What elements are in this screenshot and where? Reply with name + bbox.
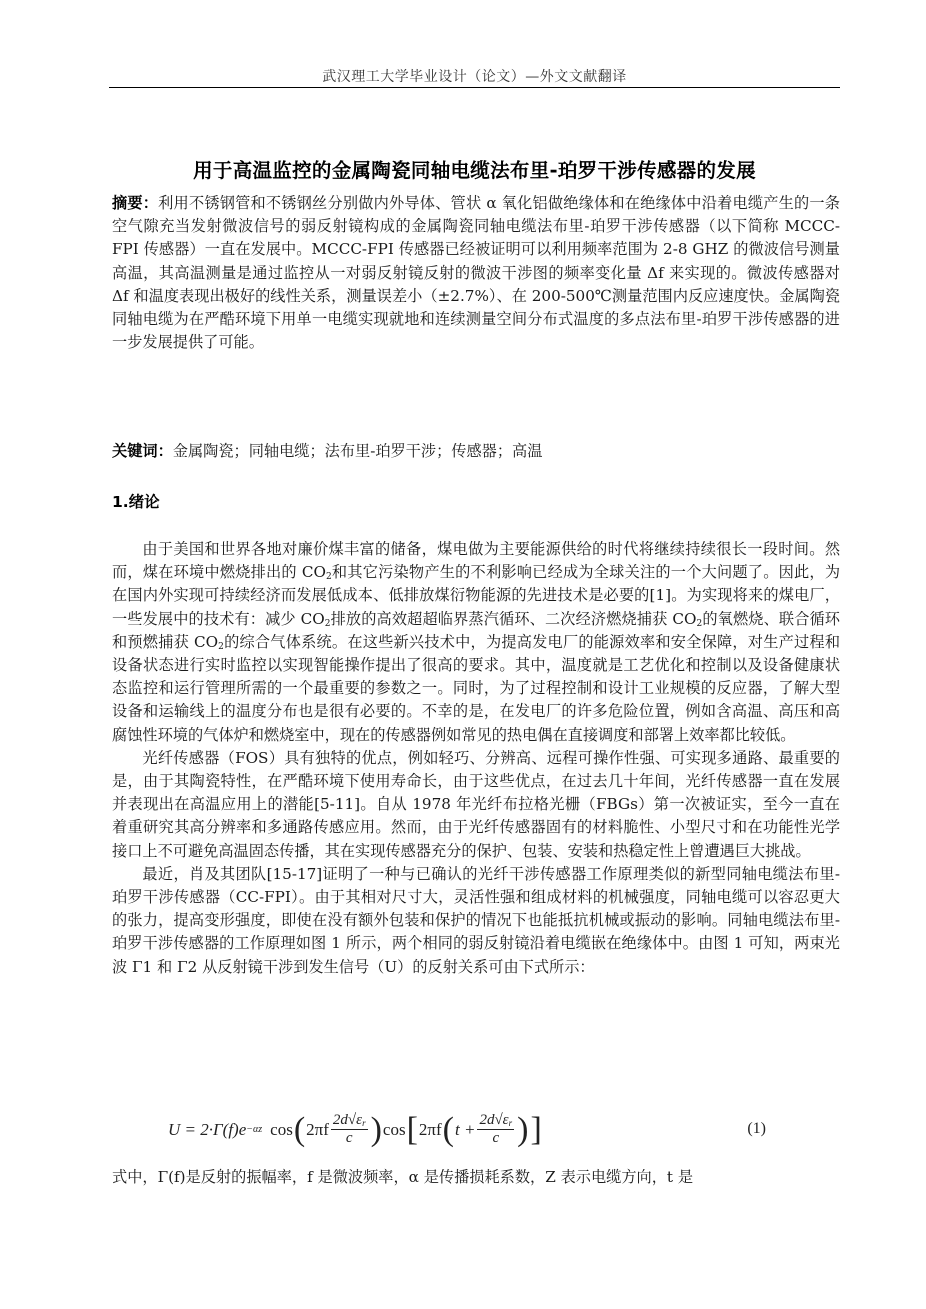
paragraph-3: 最近，肖及其团队[15-17]证明了一种与已确认的光纤干涉传感器工作原理类似的新… (112, 863, 840, 979)
running-header: 武汉理工大学毕业设计（论文）—外文文献翻译 (109, 66, 840, 86)
equation-number: (1) (747, 1120, 766, 1138)
document-title: 用于高温监控的金属陶瓷同轴电缆法布里-珀罗干涉传感器的发展 (109, 155, 840, 183)
header-rule (109, 87, 840, 88)
abstract-text: 利用不锈钢管和不锈钢丝分别做内外导体、管状 α 氧化铝做绝缘体和在绝缘体中沿着电… (112, 194, 840, 351)
paragraph-1: 由于美国和世界各地对廉价煤丰富的储备，煤电做为主要能源供给的时代将继续持续很长一… (112, 538, 840, 747)
equation-explanation: 式中，Γ(f)是反射的振幅率，f 是微波频率，α 是传播损耗系数，Z 表示电缆方… (112, 1166, 840, 1189)
body-text: 由于美国和世界各地对廉价煤丰富的储备，煤电做为主要能源供给的时代将继续持续很长一… (112, 538, 840, 979)
keywords-label: 关键词： (112, 442, 173, 460)
paragraph-2: 光纤传感器（FOS）具有独特的优点，例如轻巧、分辨高、远程可操作性强、可实现多通… (112, 747, 840, 863)
abstract: 摘要：利用不锈钢管和不锈钢丝分别做内外导体、管状 α 氧化铝做绝缘体和在绝缘体中… (112, 192, 840, 354)
abstract-label: 摘要： (112, 194, 158, 212)
equation-lhs: U = 2·Γ(f)e (168, 1120, 246, 1140)
keywords-text: 金属陶瓷；同轴电缆；法布里-珀罗干涉；传感器；高温 (173, 442, 543, 460)
equation-1: U = 2·Γ(f)e−αz cos ( 2πf 2d√εrc ) cos [ … (168, 1106, 840, 1154)
section-heading: 1.绪论 (112, 490, 160, 512)
keywords: 关键词：金属陶瓷；同轴电缆；法布里-珀罗干涉；传感器；高温 (112, 440, 840, 463)
